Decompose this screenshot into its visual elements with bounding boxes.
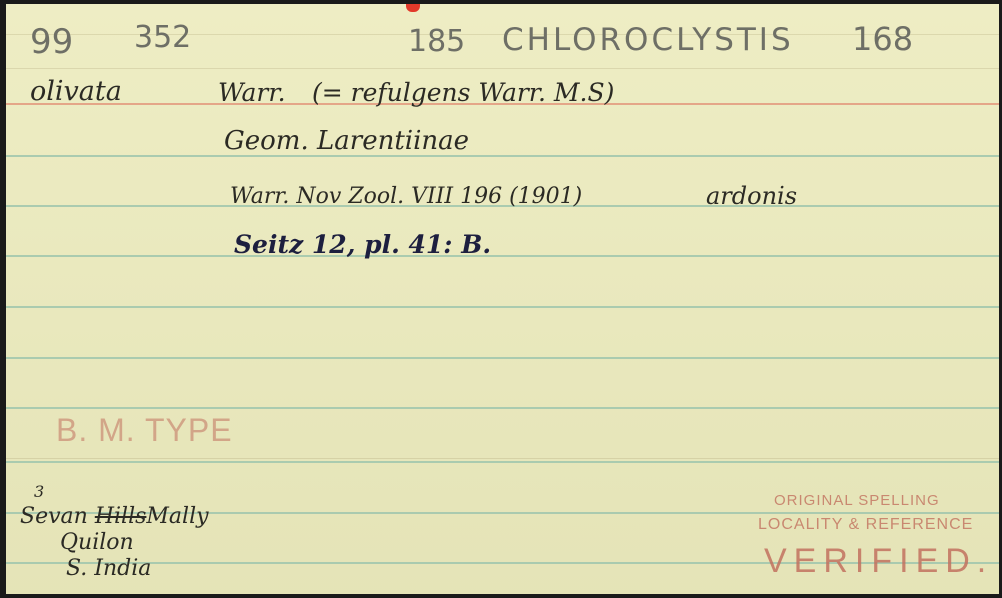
green-rule	[6, 357, 999, 359]
green-rule	[6, 306, 999, 308]
synonym-note: (= refulgens Warr. M.S)	[312, 78, 614, 107]
original-citation: Warr. Nov Zool. VIII 196 (1901)	[230, 184, 582, 209]
species-name: olivata	[30, 76, 122, 107]
catalog-number-1: 99	[30, 22, 73, 62]
faint-rule	[6, 68, 999, 69]
verified-stamp-line-3: VERIFIED.	[764, 542, 993, 581]
genus-number: 185	[408, 24, 465, 59]
seitz-reference: Seitz 12, pl. 41: B.	[234, 230, 491, 259]
green-rule	[6, 255, 999, 257]
faint-rule	[6, 458, 999, 459]
locality-line-2: Quilon	[60, 530, 134, 555]
citation-note: ardonis	[706, 182, 797, 210]
family-subfamily: Geom. Larentiinae	[224, 126, 469, 156]
locality-superscript: 3	[34, 482, 44, 501]
index-card: 99 352 185 CHLOROCLYSTIS 168 olivata War…	[6, 4, 999, 594]
green-rule	[6, 461, 999, 463]
verified-stamp-line-1: ORIGINAL SPELLING	[774, 492, 940, 509]
locality-place: Sevan	[20, 504, 88, 529]
red-tab-marker	[406, 4, 420, 12]
locality-line-3: S. India	[66, 556, 151, 581]
locality-suffix: Mally	[146, 504, 208, 529]
verified-stamp-line-2: LOCALITY & REFERENCE	[758, 516, 973, 534]
green-rule	[6, 155, 999, 157]
locality-struck-word: Hills	[95, 504, 147, 529]
locality-line-1: Sevan HillsMally	[20, 504, 209, 529]
genus-name: CHLOROCLYSTIS	[502, 22, 794, 58]
species-author: Warr.	[218, 78, 286, 107]
bm-type-stamp: B. M. TYPE	[56, 412, 233, 449]
green-rule	[6, 407, 999, 409]
catalog-number-2: 352	[134, 20, 191, 55]
genus-page-number: 168	[852, 20, 913, 58]
